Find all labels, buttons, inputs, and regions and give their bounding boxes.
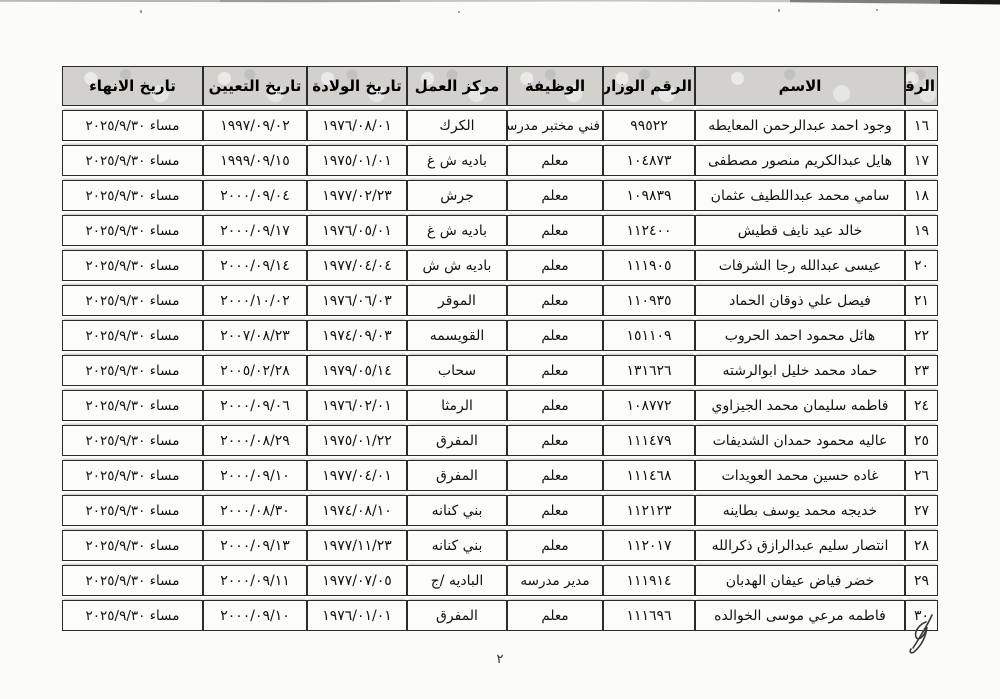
cell-ism: عيسى عبدالله رجا الشرفات: [695, 250, 905, 281]
cell-wilada: ١٩٧٦/٠٨/٠١: [307, 110, 407, 141]
cell-raqm: ٢٢: [905, 320, 938, 351]
header-cell-raqm: الرقم: [905, 66, 938, 106]
cell-ta3yin: ٢٠٠٠/١٠/٠٢: [203, 285, 307, 316]
cell-wazifa: معلم: [507, 250, 603, 281]
cell-wazifa: معلم: [507, 285, 603, 316]
cell-wazari: ١١١٤٧٩: [603, 425, 695, 456]
cell-wazari: ١١٢١٢٣: [603, 495, 695, 526]
cell-markaz: المفرق: [407, 460, 507, 491]
header-cell-wazifa: الوظيفة: [507, 66, 603, 106]
cell-raqm: ٢٧: [905, 495, 938, 526]
header-cell-inha: تاريخ الانهاء: [62, 66, 203, 106]
cell-wazifa: مدير مدرسه: [507, 565, 603, 596]
cell-wazari: ١١٠٩٣٥: [603, 285, 695, 316]
cell-inha: مساء ٢٠٢٥/٩/٣٠: [62, 565, 203, 596]
cell-raqm: ١٨: [905, 180, 938, 211]
cell-ta3yin: ٢٠٠٠/٠٩/١٠: [203, 600, 307, 631]
cell-raqm: ١٦: [905, 110, 938, 141]
cell-markaz: باديه ش غ: [407, 145, 507, 176]
cell-raqm: ٢٦: [905, 460, 938, 491]
cell-wilada: ١٩٧٥/٠١/٠١: [307, 145, 407, 176]
cell-wilada: ١٩٧٤/٠٩/٠٣: [307, 320, 407, 351]
cell-inha: مساء ٢٠٢٥/٩/٣٠: [62, 600, 203, 631]
header-cell-markaz: مركز العمل: [407, 66, 507, 106]
cell-ta3yin: ٢٠٠٠/٠٩/١٧: [203, 215, 307, 246]
cell-ta3yin: ٢٠٠٠/٠٩/٠٤: [203, 180, 307, 211]
cell-wazari: ١٠٩٨٣٩: [603, 180, 695, 211]
table-row: ٣٠فاطمه مرعي موسى الخوالده١١١٦٩٦معلمالمف…: [62, 600, 938, 631]
cell-wilada: ١٩٧٥/٠١/٢٢: [307, 425, 407, 456]
header-cell-ism: الاسم: [695, 66, 905, 106]
table-row: ٢٥عاليه محمود حمدان الشديفات١١١٤٧٩معلمال…: [62, 425, 938, 456]
cell-raqm: ٢١: [905, 285, 938, 316]
scan-artifact-top-edge: [0, 0, 1000, 5]
table-row: ١٦وجود احمد عبدالرحمن المعايطه٩٩٥٢٢فني م…: [62, 110, 938, 141]
cell-wazari: ١٣١٦٢٦: [603, 355, 695, 386]
cell-ta3yin: ٢٠٠٠/٠٨/٢٩: [203, 425, 307, 456]
scan-speck: [140, 10, 142, 13]
cell-markaz: المفرق: [407, 600, 507, 631]
cell-markaz: باديه ش غ: [407, 215, 507, 246]
cell-ism: سامي محمد عبداللطيف عثمان: [695, 180, 905, 211]
cell-wazifa: معلم: [507, 355, 603, 386]
table-row: ٢٧خديجه محمد يوسف بطاينه١١٢١٢٣معلمبني كن…: [62, 495, 938, 526]
cell-ism: غاده حسين محمد العويدات: [695, 460, 905, 491]
cell-ism: انتصار سليم عبدالرازق ذكرالله: [695, 530, 905, 561]
cell-wazifa: معلم: [507, 460, 603, 491]
cell-wazari: ١١١٦٩٦: [603, 600, 695, 631]
cell-ism: عاليه محمود حمدان الشديفات: [695, 425, 905, 456]
cell-wazari: ٩٩٥٢٢: [603, 110, 695, 141]
cell-wilada: ١٩٧٧/٠٤/٠٤: [307, 250, 407, 281]
cell-raqm: ٢٨: [905, 530, 938, 561]
cell-wazari: ١٥١١٠٩: [603, 320, 695, 351]
cell-wazifa: معلم: [507, 180, 603, 211]
cell-wilada: ١٩٧٧/٠٢/٢٣: [307, 180, 407, 211]
cell-ism: وجود احمد عبدالرحمن المعايطه: [695, 110, 905, 141]
cell-wazifa: معلم: [507, 425, 603, 456]
cell-wazari: ١١١٩١٤: [603, 565, 695, 596]
cell-inha: مساء ٢٠٢٥/٩/٣٠: [62, 215, 203, 246]
cell-ism: خالد عيد نايف قطيش: [695, 215, 905, 246]
cell-markaz: جرش: [407, 180, 507, 211]
cell-wazari: ١١١٤٦٨: [603, 460, 695, 491]
cell-ta3yin: ٢٠٠٧/٠٨/٢٣: [203, 320, 307, 351]
cell-markaz: الكرك: [407, 110, 507, 141]
cell-inha: مساء ٢٠٢٥/٩/٣٠: [62, 285, 203, 316]
staff-roster-table: الرقمالاسمالرقم الوزاريالوظيفةمركز العمل…: [62, 62, 938, 635]
cell-wazifa: معلم: [507, 215, 603, 246]
cell-wilada: ١٩٧٦/٠٥/٠١: [307, 215, 407, 246]
scan-speck: [778, 9, 780, 12]
cell-wilada: ١٩٧٧/٠٤/٠١: [307, 460, 407, 491]
cell-markaz: الرمثا: [407, 390, 507, 421]
cell-wazari: ١١٢٤٠٠: [603, 215, 695, 246]
table-row: ٢٠عيسى عبدالله رجا الشرفات١١١٩٠٥معلمبادي…: [62, 250, 938, 281]
table-row: ٢٣حماد محمد خليل ابوالرشته١٣١٦٢٦معلمسحاب…: [62, 355, 938, 386]
page-number: ٢: [0, 652, 1000, 667]
cell-inha: مساء ٢٠٢٥/٩/٣٠: [62, 530, 203, 561]
cell-ism: خديجه محمد يوسف بطاينه: [695, 495, 905, 526]
cell-ta3yin: ٢٠٠٠/٠٩/١٣: [203, 530, 307, 561]
cell-ta3yin: ٢٠٠٠/٠٩/١١: [203, 565, 307, 596]
scan-speck: [876, 9, 878, 11]
cell-raqm: ٢٣: [905, 355, 938, 386]
cell-wilada: ١٩٧٧/٠٧/٠٥: [307, 565, 407, 596]
cell-wilada: ١٩٧٧/١١/٢٣: [307, 530, 407, 561]
cell-markaz: بني كنانه: [407, 530, 507, 561]
cell-wilada: ١٩٧٦/٠٢/٠١: [307, 390, 407, 421]
table-row: ١٨سامي محمد عبداللطيف عثمان١٠٩٨٣٩معلمجرش…: [62, 180, 938, 211]
table-row: ٢٢هائل محمود احمد الحروب١٥١١٠٩معلمالقويس…: [62, 320, 938, 351]
cell-inha: مساء ٢٠٢٥/٩/٣٠: [62, 320, 203, 351]
cell-wazari: ١١١٩٠٥: [603, 250, 695, 281]
table-row: ٢٩خضر فياض عيفان الهدبان١١١٩١٤مدير مدرسه…: [62, 565, 938, 596]
table-row: ٢٦غاده حسين محمد العويدات١١١٤٦٨معلمالمفر…: [62, 460, 938, 491]
header-cell-ta3yin: تاريخ التعيين: [203, 66, 307, 106]
table-body: ١٦وجود احمد عبدالرحمن المعايطه٩٩٥٢٢فني م…: [62, 110, 938, 631]
cell-inha: مساء ٢٠٢٥/٩/٣٠: [62, 145, 203, 176]
cell-ta3yin: ٢٠٠٥/٠٢/٢٨: [203, 355, 307, 386]
cell-ta3yin: ٢٠٠٠/٠٩/١٤: [203, 250, 307, 281]
cell-wazari: ١٠٨٧٧٢: [603, 390, 695, 421]
cell-ism: فاطمه سليمان محمد الجيزاوي: [695, 390, 905, 421]
cell-inha: مساء ٢٠٢٥/٩/٣٠: [62, 110, 203, 141]
cell-ism: هايل عبدالكريم منصور مصطفى: [695, 145, 905, 176]
cell-markaz: سحاب: [407, 355, 507, 386]
cell-wazifa: معلم: [507, 320, 603, 351]
cell-ism: خضر فياض عيفان الهدبان: [695, 565, 905, 596]
cell-wazifa: معلم: [507, 145, 603, 176]
cell-wazifa: معلم: [507, 530, 603, 561]
cell-ism: هائل محمود احمد الحروب: [695, 320, 905, 351]
cell-raqm: ٢٩: [905, 565, 938, 596]
cell-ism: فاطمه مرعي موسى الخوالده: [695, 600, 905, 631]
cell-ta3yin: ٢٠٠٠/٠٨/٣٠: [203, 495, 307, 526]
cell-inha: مساء ٢٠٢٥/٩/٣٠: [62, 180, 203, 211]
cell-markaz: بني كنانه: [407, 495, 507, 526]
cell-wazifa: فني مختبر مدرسة: [507, 110, 603, 141]
header-cell-wilada: تاريخ الولادة: [307, 66, 407, 106]
header-row: الرقمالاسمالرقم الوزاريالوظيفةمركز العمل…: [62, 66, 938, 106]
cell-wazari: ١٠٤٨٧٣: [603, 145, 695, 176]
cell-wilada: ١٩٧٦/٠١/٠١: [307, 600, 407, 631]
table-row: ٢١فيصل علي ذوقان الحماد١١٠٩٣٥معلمالموقر١…: [62, 285, 938, 316]
cell-inha: مساء ٢٠٢٥/٩/٣٠: [62, 460, 203, 491]
cell-wilada: ١٩٧٩/٠٥/١٤: [307, 355, 407, 386]
cell-raqm: ٢٤: [905, 390, 938, 421]
cell-raqm: ٢٠: [905, 250, 938, 281]
cell-wazifa: معلم: [507, 495, 603, 526]
cell-ta3yin: ٢٠٠٠/٠٩/٠٦: [203, 390, 307, 421]
cell-markaz: باديه ش ش: [407, 250, 507, 281]
cell-markaz: القويسمه: [407, 320, 507, 351]
cell-wazifa: معلم: [507, 600, 603, 631]
cell-markaz: الباديه /ج: [407, 565, 507, 596]
cell-ism: حماد محمد خليل ابوالرشته: [695, 355, 905, 386]
cell-markaz: المفرق: [407, 425, 507, 456]
cell-wazari: ١١٢٠١٧: [603, 530, 695, 561]
cell-inha: مساء ٢٠٢٥/٩/٣٠: [62, 390, 203, 421]
header-cell-wazari: الرقم الوزاري: [603, 66, 695, 106]
cell-ta3yin: ١٩٩٧/٠٩/٠٢: [203, 110, 307, 141]
cell-ism: فيصل علي ذوقان الحماد: [695, 285, 905, 316]
table-row: ١٩خالد عيد نايف قطيش١١٢٤٠٠معلمباديه ش غ١…: [62, 215, 938, 246]
table-row: ١٧هايل عبدالكريم منصور مصطفى١٠٤٨٧٣معلمبا…: [62, 145, 938, 176]
cell-wazifa: معلم: [507, 390, 603, 421]
cell-inha: مساء ٢٠٢٥/٩/٣٠: [62, 250, 203, 281]
cell-raqm: ١٧: [905, 145, 938, 176]
cell-raqm: ٢٥: [905, 425, 938, 456]
cell-ta3yin: ٢٠٠٠/٠٩/١٠: [203, 460, 307, 491]
cell-wilada: ١٩٧٦/٠٦/٠٣: [307, 285, 407, 316]
cell-inha: مساء ٢٠٢٥/٩/٣٠: [62, 425, 203, 456]
cell-wilada: ١٩٧٤/٠٨/١٠: [307, 495, 407, 526]
cell-raqm: ١٩: [905, 215, 938, 246]
table-row: ٢٤فاطمه سليمان محمد الجيزاوي١٠٨٧٧٢معلمال…: [62, 390, 938, 421]
cell-inha: مساء ٢٠٢٥/٩/٣٠: [62, 495, 203, 526]
cell-markaz: الموقر: [407, 285, 507, 316]
scan-speck: [458, 11, 460, 13]
table-row: ٢٨انتصار سليم عبدالرازق ذكرالله١١٢٠١٧معل…: [62, 530, 938, 561]
cell-ta3yin: ١٩٩٩/٠٩/١٥: [203, 145, 307, 176]
cell-inha: مساء ٢٠٢٥/٩/٣٠: [62, 355, 203, 386]
